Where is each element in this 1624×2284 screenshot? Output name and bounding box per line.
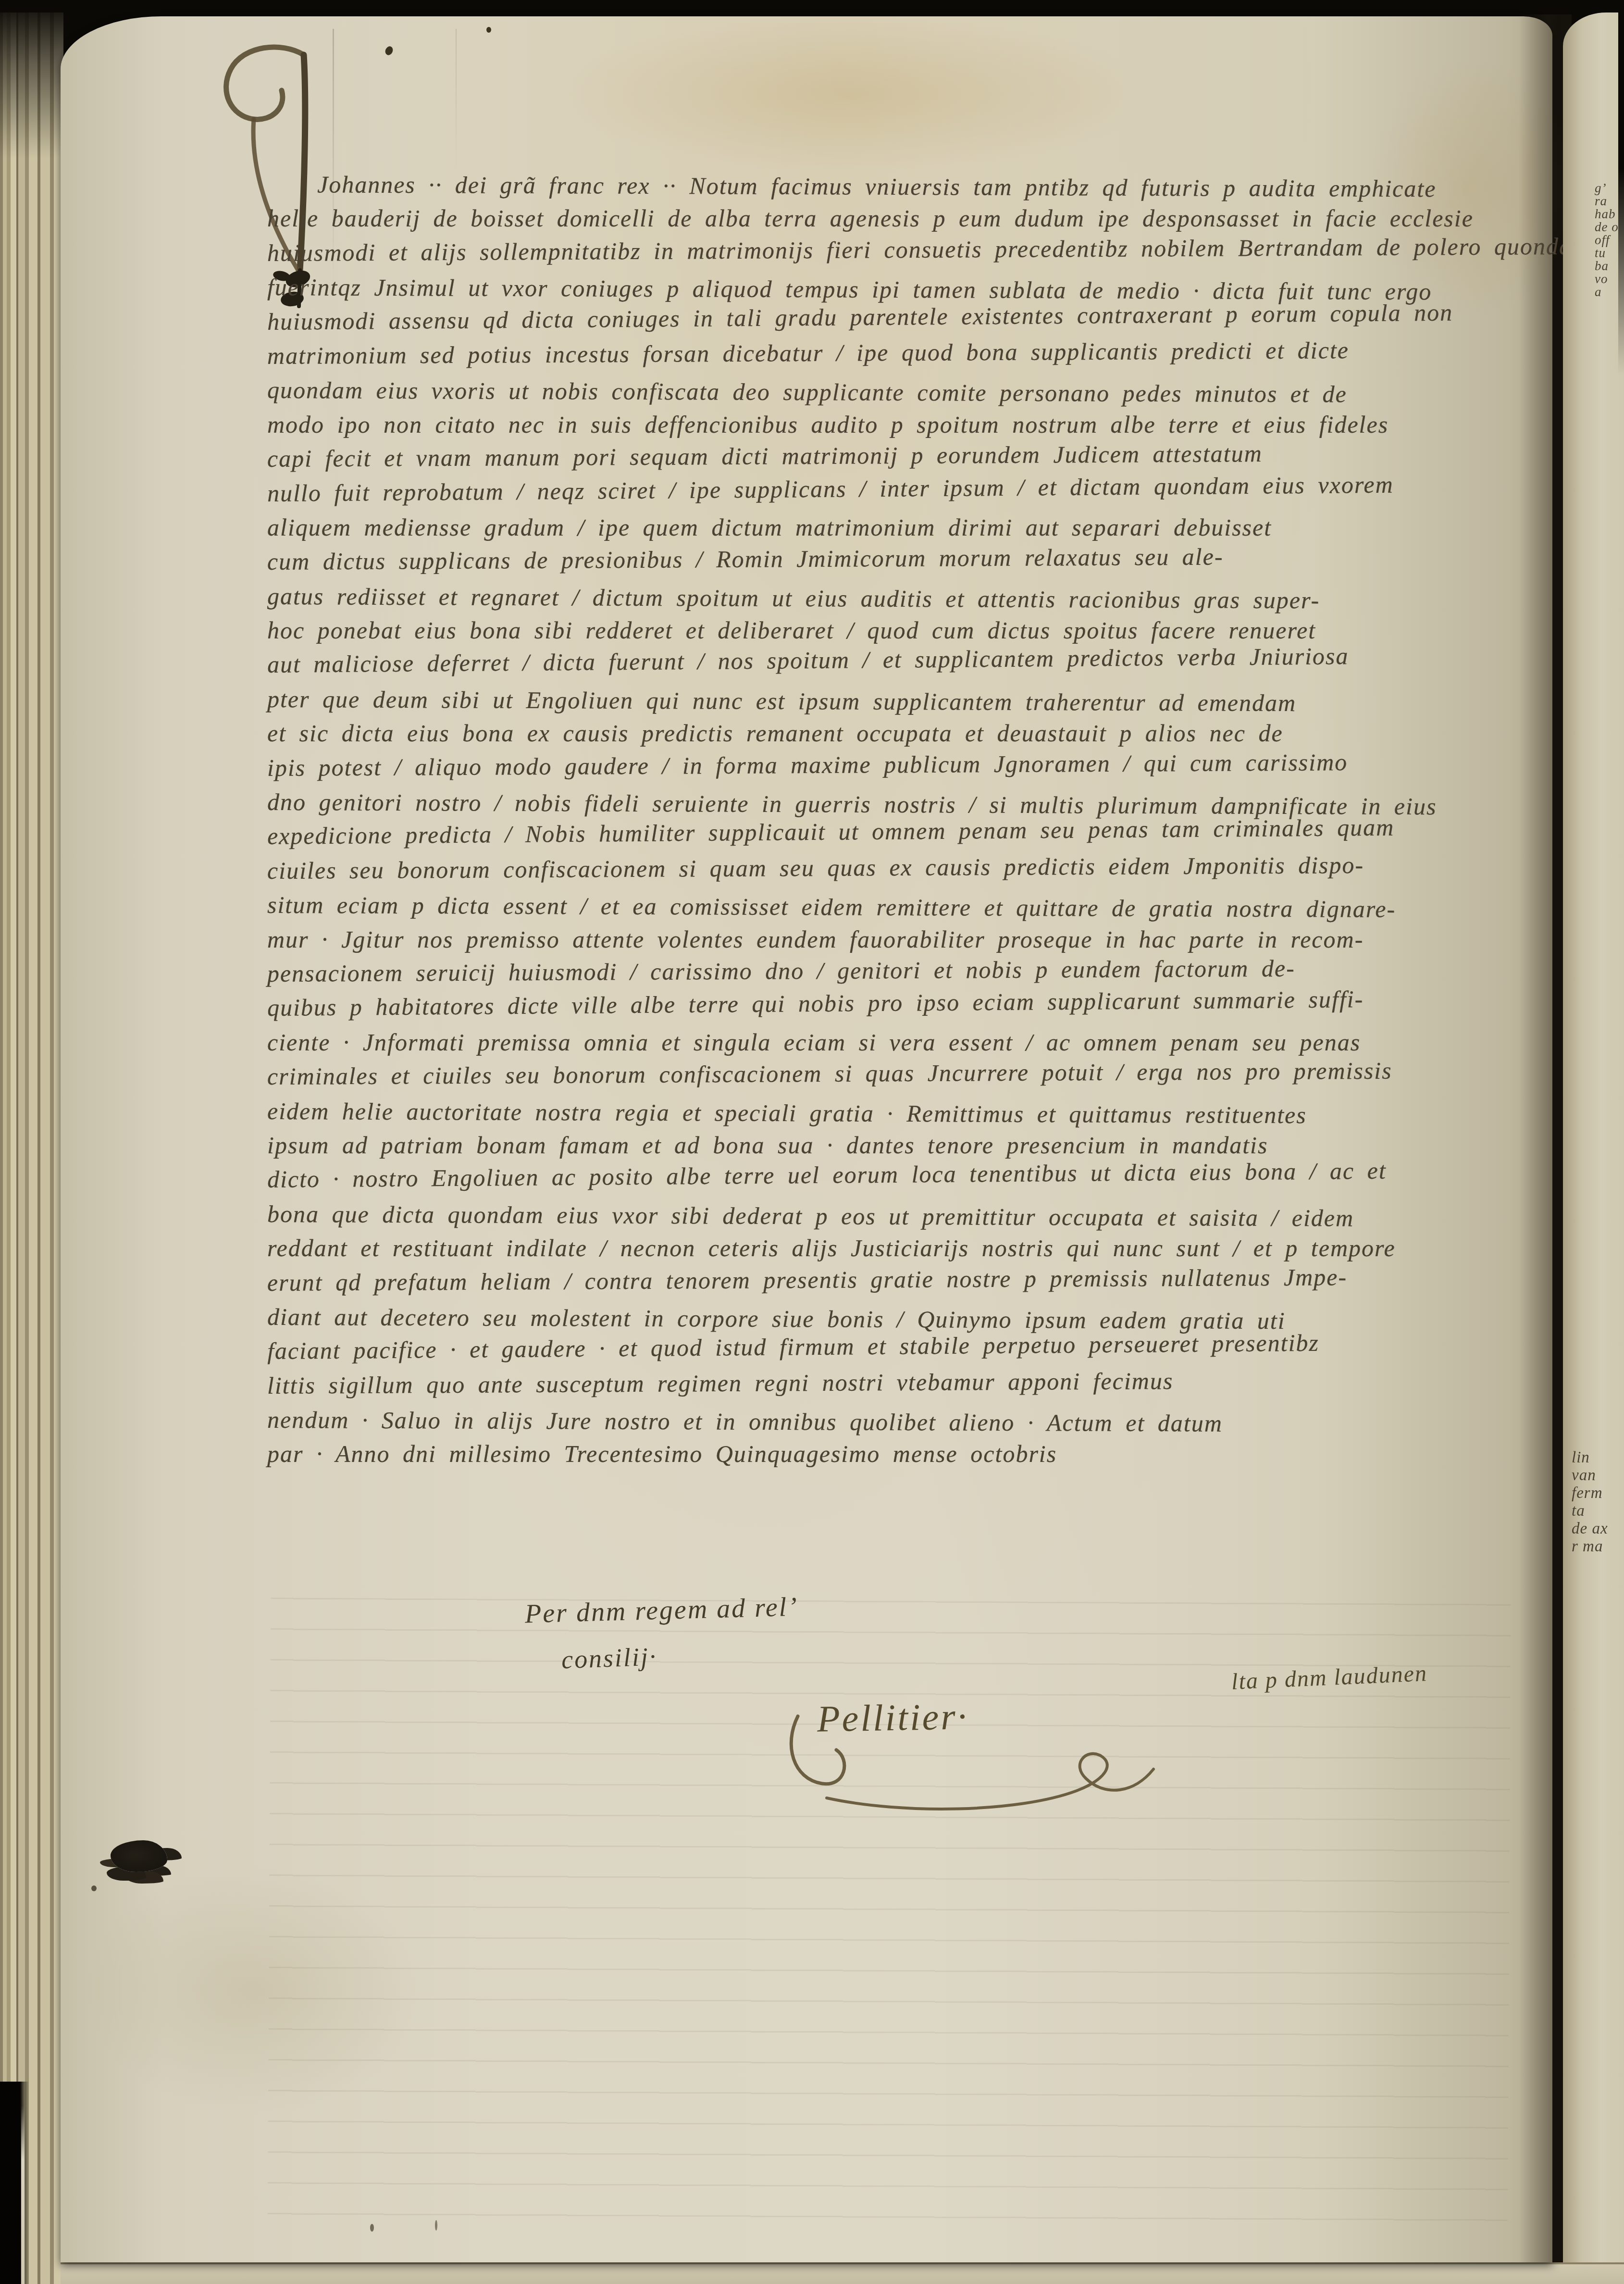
- photo-background-right: [1618, 0, 1624, 375]
- fragment-line: ferm: [1572, 1485, 1608, 1502]
- fragment-line: de o: [1595, 221, 1619, 234]
- page-edge-highlight: [21, 2106, 25, 2284]
- body-text-line: eidem helie auctoritate nostra regia et …: [267, 1094, 1570, 1134]
- body-text-line: pter que deum sibi ut Engoliuen qui nunc…: [267, 682, 1570, 722]
- body-text-line: nendum · Saluo in alijs Jure nostro et i…: [267, 1403, 1570, 1442]
- fragment-line: de ax: [1572, 1520, 1608, 1538]
- ink-blot: [111, 1840, 167, 1872]
- body-text-line: cum dictus supplicans de presionibus / R…: [267, 538, 1570, 579]
- fragment-line: ra: [1595, 195, 1619, 208]
- fragment-line: r ma: [1572, 1538, 1608, 1556]
- body-text-line: erunt qd prefatum heliam / contra tenore…: [267, 1259, 1570, 1300]
- binding-shadow-top: [0, 0, 67, 159]
- fragment-line: g’: [1595, 182, 1619, 195]
- ink-speck: [435, 2220, 437, 2231]
- next-folio-edge: g’rahabde oofftubavoa linvanfermtade axr…: [1563, 12, 1624, 2262]
- fragment-line: ta: [1572, 1502, 1608, 1520]
- body-text-line: criminales et ciuiles seu bonorum confis…: [267, 1053, 1570, 1094]
- ink-speck: [370, 2224, 374, 2232]
- binding-shadow-bottom: [0, 2082, 29, 2284]
- ink-speck: [486, 27, 491, 33]
- body-text-line: gatus rediisset et regnaret / dictum spo…: [267, 579, 1570, 619]
- body-text: Johannes ·· dei grã franc rex ·· Notum f…: [267, 167, 1570, 1472]
- body-text-line: Johannes ·· dei grã franc rex ·· Notum f…: [267, 167, 1570, 207]
- fragment-line: tu: [1595, 247, 1619, 260]
- body-text-line: quondam eius vxoris ut nobis confiscata …: [267, 373, 1570, 412]
- body-text-line: huiusmodi et alijs sollempnitatibz in ma…: [267, 229, 1570, 271]
- fragment-line: hab: [1595, 208, 1619, 221]
- body-text-line: ciuiles seu bonorum confiscacionem si qu…: [267, 847, 1570, 888]
- body-text-line: ipis potest / aliquo modo gaudere / in f…: [267, 744, 1570, 785]
- stacked-folio-edges: [0, 12, 63, 2284]
- body-text-line: littis sigillum quo ante susceptum regim…: [267, 1361, 1570, 1403]
- next-folio-text-fragments-top: g’rahabde oofftubavoa: [1595, 182, 1619, 299]
- fragment-line: vo: [1595, 273, 1619, 286]
- body-text-line: situm eciam p dicta essent / et ea comis…: [267, 888, 1570, 927]
- chancery-signature: Pellitier·: [817, 1695, 969, 1740]
- under-page-edge: [61, 2262, 1624, 2284]
- next-folio-text-fragments-bottom: linvanfermtade axr ma: [1572, 1449, 1608, 1556]
- fragment-line: a: [1595, 286, 1619, 299]
- manuscript-photo: xx vij · j · Remissio fcahelie bauderijd…: [0, 0, 1624, 2284]
- body-text-line: matrimonium sed potius incestus forsan d…: [267, 332, 1570, 374]
- closing-consilij: consilij·: [561, 1642, 658, 1675]
- body-text-line: par · Anno dni millesimo Trecentesimo Qu…: [267, 1437, 1570, 1471]
- body-text-line: bona que dicta quondam eius vxor sibi de…: [267, 1197, 1570, 1236]
- ink-speck: [91, 1885, 97, 1891]
- fragment-line: off: [1595, 234, 1619, 247]
- fragment-line: lin: [1572, 1449, 1608, 1467]
- fragment-line: van: [1572, 1467, 1608, 1485]
- fragment-line: ba: [1595, 260, 1619, 273]
